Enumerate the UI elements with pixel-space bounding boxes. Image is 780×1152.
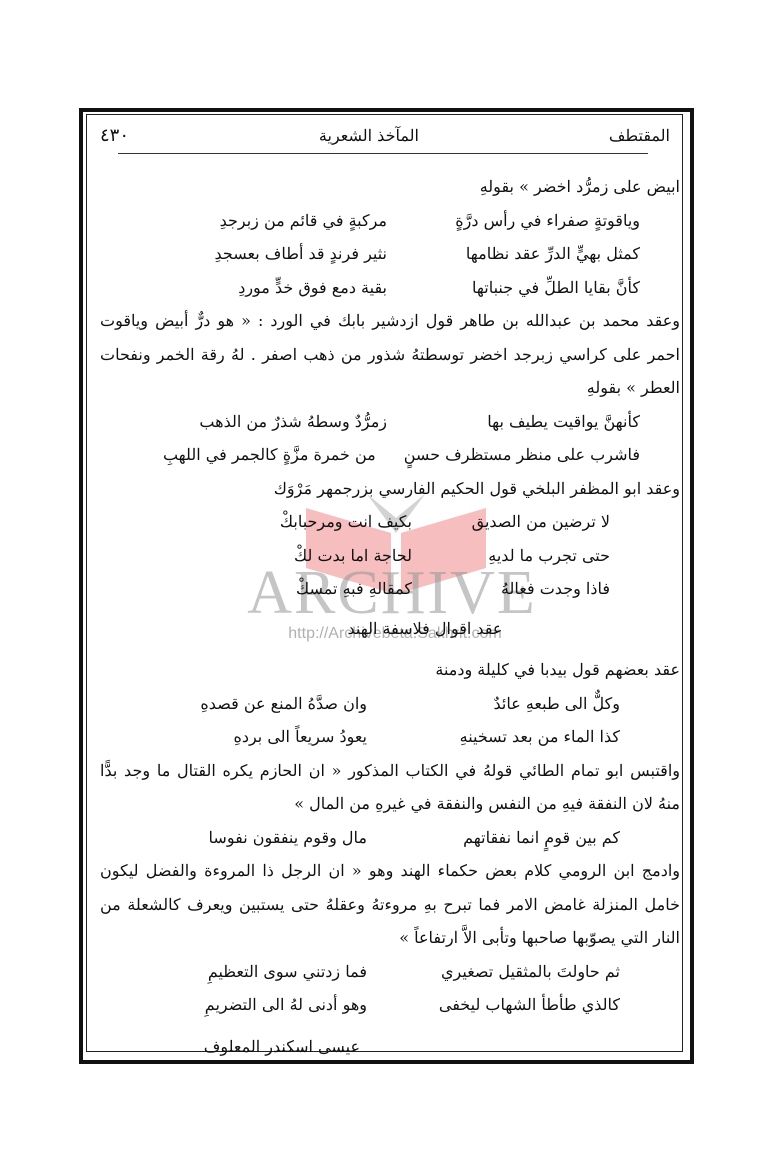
verse-second-hemistich: يعودُ سريعاً الى بردهِ	[233, 720, 367, 754]
verse-first-hemistich: كم بين قومٍ انما نفقاتهم	[395, 821, 620, 855]
verse-first-hemistich: كأنهنَّ يواقيت يطيف بها	[415, 405, 640, 439]
prose-paragraph: وادمج ابن الرومي كلام بعض حكماء الهند وه…	[100, 854, 680, 955]
author-signature: عيسى اسكندر المعلوف	[100, 1030, 680, 1064]
verse-line: لا ترضين من الصديق بكيف انت ومرحبابكْ	[100, 505, 680, 539]
verse-second-hemistich: كمقالهِ فبهِ تمسكْ	[296, 572, 412, 606]
verse-first-hemistich: لا ترضين من الصديق	[440, 505, 610, 539]
verse-second-hemistich: وهو أدنى لهُ الى التضريمِ	[205, 988, 367, 1022]
verse-first-hemistich: كأنَّ بقايا الطلِّ في جنباتها	[415, 271, 640, 305]
verse-line: كالذي طأطأ الشهاب ليخفى وهو أدنى لهُ الى…	[100, 988, 680, 1022]
prose-line: وعقد ابو المظفر البلخي قول الحكيم الفارس…	[100, 472, 680, 506]
verse-second-hemistich: زمرُّدٌ وسطهُ شذرٌ من الذهب	[199, 405, 387, 439]
journal-name: المقتطف	[609, 126, 670, 145]
verse-second-hemistich: نثير فرندٍ قد أطاف بعسجدِ	[215, 237, 387, 271]
verse-line: كذا الماء من بعد تسخينهِ يعودُ سريعاً ال…	[100, 720, 680, 754]
verse-first-hemistich: كمثل بهيٍّ الدرِّ عقد نظامها	[415, 237, 640, 271]
verse-line: فاذا وجدت فعالهُ كمقالهِ فبهِ تمسكْ	[100, 572, 680, 606]
verse-second-hemistich: مال وقوم ينفقون نفوسا	[209, 821, 367, 855]
page-number: ٤٣٠	[100, 125, 129, 146]
verse-second-hemistich: من خمرة مزَّةٍ كالجمر في اللهبِ	[163, 438, 376, 472]
verse-line: كأنَّ بقايا الطلِّ في جنباتها بقية دمع ف…	[100, 271, 680, 305]
header-rule	[118, 153, 648, 154]
prose-line: ابيض على زمرُّد اخضر » بقولهِ	[100, 170, 680, 204]
verse-line: كم بين قومٍ انما نفقاتهم مال وقوم ينفقون…	[100, 821, 680, 855]
verse-second-hemistich: لحاجة اما بدت لكْ	[294, 539, 412, 573]
verse-line: حتى تجرب ما لديهِ لحاجة اما بدت لكْ	[100, 539, 680, 573]
prose-paragraph: واقتبس ابو تمام الطائي قولهُ في الكتاب ا…	[100, 754, 680, 821]
verse-second-hemistich: فما زدتني سوى التعظيمِ	[208, 955, 367, 989]
verse-second-hemistich: بكيف انت ومرحبابكْ	[280, 505, 412, 539]
prose-line: عقد بعضهم قول بيدبا في كليلة ودمنة	[100, 653, 680, 687]
verse-first-hemistich: وياقوتةٍ صفراء في رأس درَّةٍ	[415, 204, 640, 238]
verse-first-hemistich: كذا الماء من بعد تسخينهِ	[395, 720, 620, 754]
section-heading: عقد اقوال فلاسفة الهند	[100, 612, 680, 646]
verse-second-hemistich: وان صدَّهُ المنع عن قصدهِ	[200, 687, 367, 721]
running-title: المآخذ الشعرية	[319, 126, 419, 145]
verse-first-hemistich: فاذا وجدت فعالهُ	[440, 572, 610, 606]
verse-second-hemistich: مركبةٍ في قائم من زبرجدِ	[220, 204, 387, 238]
verse-line: كأنهنَّ يواقيت يطيف بها زمرُّدٌ وسطهُ شذ…	[100, 405, 680, 439]
verse-first-hemistich: فاشرب على منظر مستظرف حسنٍ	[404, 438, 640, 472]
verse-line: ثم حاولتَ بالمثقيل تصغيري فما زدتني سوى …	[100, 955, 680, 989]
verse-line: فاشرب على منظر مستظرف حسنٍ من خمرة مزَّة…	[100, 438, 680, 472]
verse-line: وياقوتةٍ صفراء في رأس درَّةٍ مركبةٍ في ق…	[100, 204, 680, 238]
article-body: ابيض على زمرُّد اخضر » بقولهِ وياقوتةٍ ص…	[100, 170, 680, 1063]
page-header: المقتطف المآخذ الشعرية ٤٣٠	[100, 120, 670, 150]
verse-first-hemistich: كالذي طأطأ الشهاب ليخفى	[395, 988, 620, 1022]
verse-first-hemistich: وكلٌّ الى طبعهِ عائدٌ	[395, 687, 620, 721]
verse-second-hemistich: بقية دمع فوق خدٍّ موردِ	[238, 271, 387, 305]
verse-first-hemistich: حتى تجرب ما لديهِ	[440, 539, 610, 573]
verse-first-hemistich: ثم حاولتَ بالمثقيل تصغيري	[395, 955, 620, 989]
verse-line: كمثل بهيٍّ الدرِّ عقد نظامها نثير فرندٍ …	[100, 237, 680, 271]
verse-line: وكلٌّ الى طبعهِ عائدٌ وان صدَّهُ المنع ع…	[100, 687, 680, 721]
prose-paragraph: وعقد محمد بن عبدالله بن طاهر قول ازدشير …	[100, 304, 680, 405]
